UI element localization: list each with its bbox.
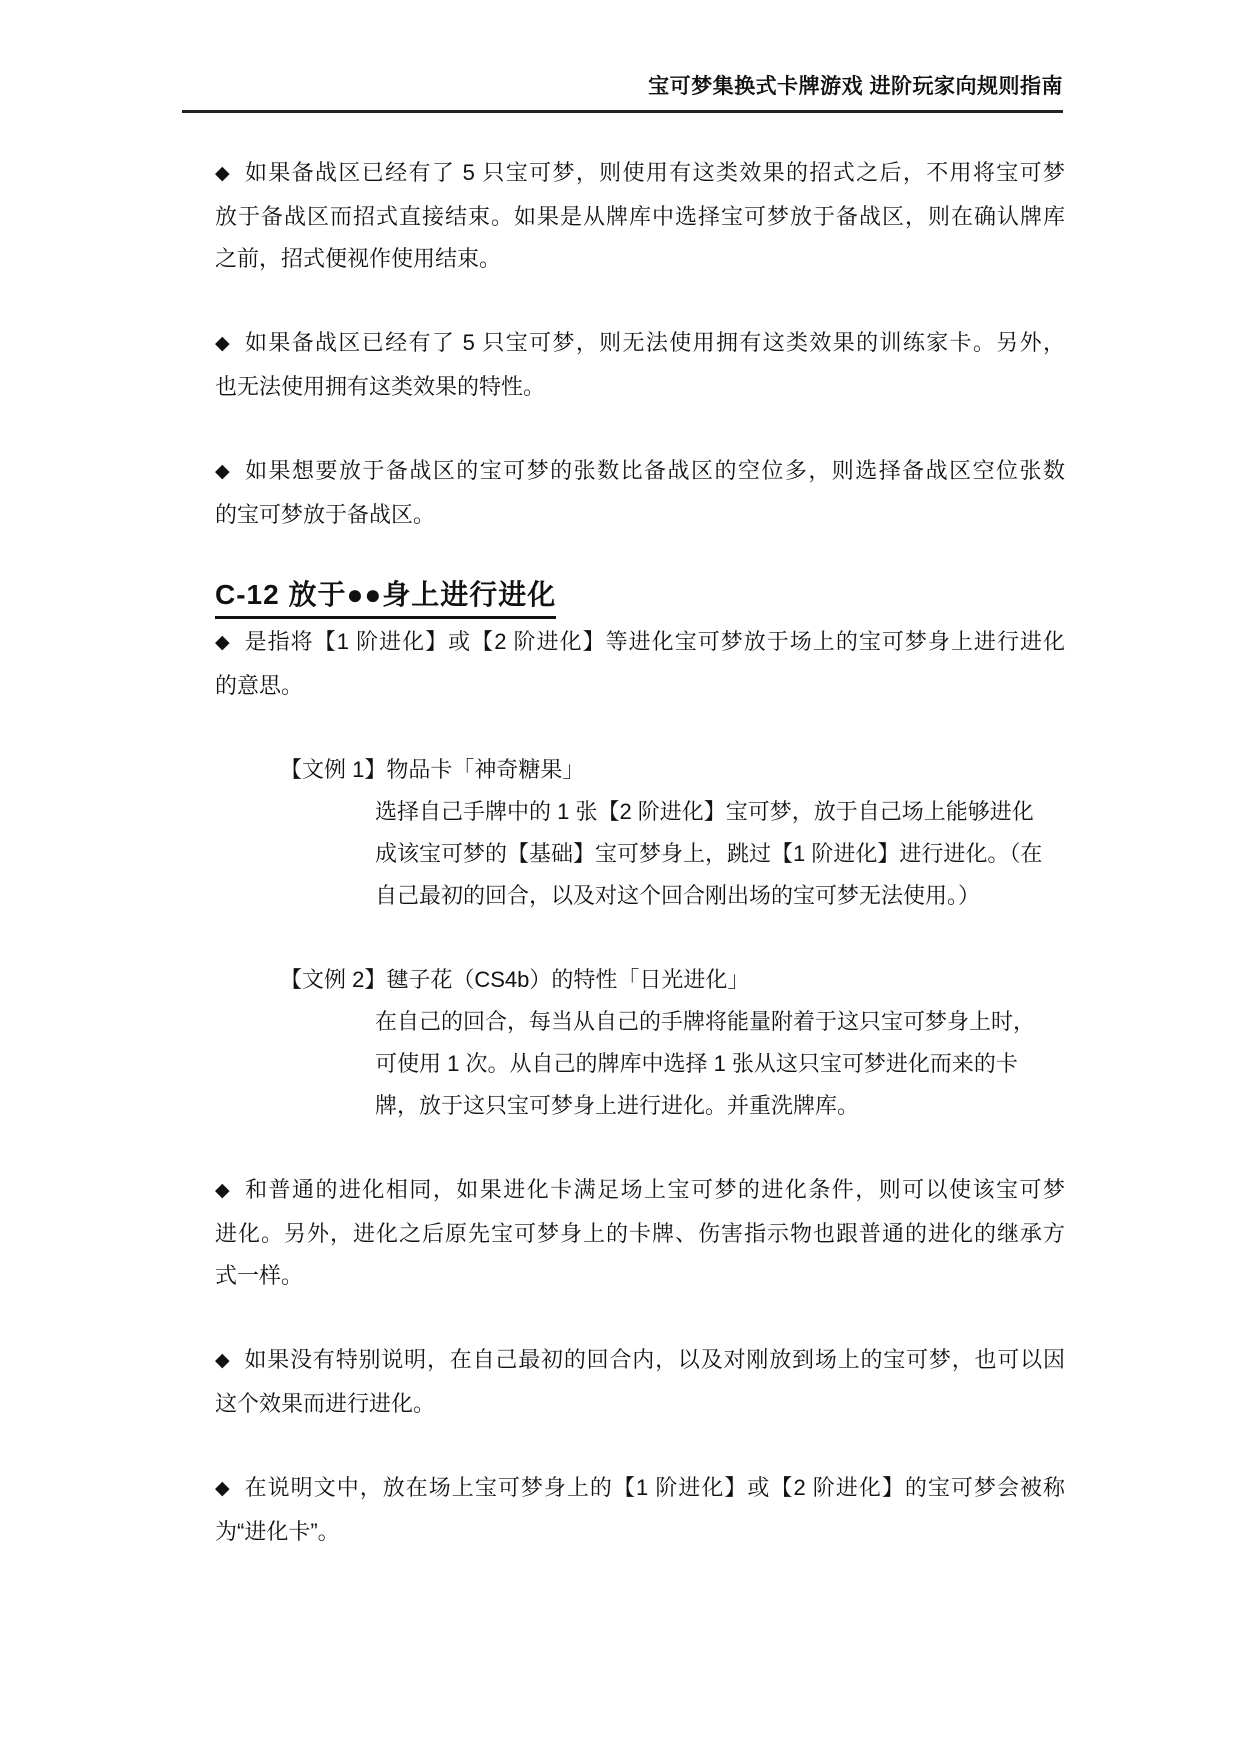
example-line: 自己最初的回合，以及对这个回合刚出场的宝可梦无法使用。） xyxy=(375,875,1065,917)
paragraph-line: 也无法使用拥有这类效果的特性。 xyxy=(215,366,1065,408)
diamond-bullet-icon: ◆ xyxy=(215,333,231,354)
diamond-bullet-icon: ◆ xyxy=(215,1180,231,1201)
paragraph-line: 式一样。 xyxy=(215,1255,1065,1297)
paragraph-line: ◆如果备战区已经有了 5 只宝可梦，则无法使用拥有这类效果的训练家卡。另外， xyxy=(215,322,1065,366)
paragraph-text: 在说明文中，放在场上宝可梦身上的【1 阶进化】或【2 阶进化】的宝可梦会被称 xyxy=(245,1475,1065,1500)
diamond-bullet-icon: ◆ xyxy=(215,632,231,653)
paragraph-line: 之前，招式便视作使用结束。 xyxy=(215,238,1065,280)
bullet-paragraph: ◆如果想要放于备战区的宝可梦的张数比备战区的空位多，则选择备战区空位张数 的宝可… xyxy=(215,450,1065,536)
example-line: 可使用 1 次。从自己的牌库中选择 1 张从这只宝可梦进化而来的卡 xyxy=(375,1043,1065,1085)
diamond-bullet-icon: ◆ xyxy=(215,1478,231,1499)
diamond-bullet-icon: ◆ xyxy=(215,1350,230,1371)
paragraph-line: ◆是指将【1 阶进化】或【2 阶进化】等进化宝可梦放于场上的宝可梦身上进行进化 xyxy=(215,621,1065,665)
bullet-paragraph: ◆和普通的进化相同，如果进化卡满足场上宝可梦的进化条件，则可以使该宝可梦 进化。… xyxy=(215,1169,1065,1297)
diamond-bullet-icon: ◆ xyxy=(215,163,231,184)
bullet-paragraph: ◆如果备战区已经有了 5 只宝可梦，则使用有这类效果的招式之后，不用将宝可梦 放… xyxy=(215,152,1065,280)
example-line: 在自己的回合，每当从自己的手牌将能量附着于这只宝可梦身上时， xyxy=(375,1001,1065,1043)
header-rule xyxy=(182,110,1063,113)
example-body: 选择自己手牌中的 1 张【2 阶进化】宝可梦，放于自己场上能够进化 成该宝可梦的… xyxy=(375,791,1065,917)
bullet-paragraph: ◆是指将【1 阶进化】或【2 阶进化】等进化宝可梦放于场上的宝可梦身上进行进化 … xyxy=(215,621,1065,707)
paragraph-line: 进化。另外，进化之后原先宝可梦身上的卡牌、伤害指示物也跟普通的进化的继承方 xyxy=(215,1213,1065,1255)
example-title: 毽子花（CS4b）的特性「日光进化」 xyxy=(386,967,749,992)
paragraph-line: ◆如果想要放于备战区的宝可梦的张数比备战区的空位多，则选择备战区空位张数 xyxy=(215,450,1065,494)
section-heading: C-12 放于●●身上进行进化 xyxy=(215,578,1065,619)
bullet-paragraph: ◆在说明文中，放在场上宝可梦身上的【1 阶进化】或【2 阶进化】的宝可梦会被称 … xyxy=(215,1467,1065,1553)
paragraph-text: 是指将【1 阶进化】或【2 阶进化】等进化宝可梦放于场上的宝可梦身上进行进化 xyxy=(245,629,1065,654)
paragraph-text: 和普通的进化相同，如果进化卡满足场上宝可梦的进化条件，则可以使该宝可梦 xyxy=(245,1177,1065,1202)
example-line: 选择自己手牌中的 1 张【2 阶进化】宝可梦，放于自己场上能够进化 xyxy=(375,791,1065,833)
example-label: 【文例 1】 xyxy=(280,757,386,782)
paragraph-line: 为“进化卡”。 xyxy=(215,1511,1065,1553)
paragraph-text: 如果备战区已经有了 5 只宝可梦，则使用有这类效果的招式之后，不用将宝可梦 xyxy=(245,160,1065,185)
paragraph-line: ◆如果没有特别说明，在自己最初的回合内，以及对刚放到场上的宝可梦，也可以因 xyxy=(215,1339,1065,1383)
example-body: 在自己的回合，每当从自己的手牌将能量附着于这只宝可梦身上时， 可使用 1 次。从… xyxy=(375,1001,1065,1127)
example-block-2: 【文例 2】毽子花（CS4b）的特性「日光进化」 在自己的回合，每当从自己的手牌… xyxy=(280,959,1065,1127)
page-content: ◆如果备战区已经有了 5 只宝可梦，则使用有这类效果的招式之后，不用将宝可梦 放… xyxy=(215,152,1065,1595)
example-line: 成该宝可梦的【基础】宝可梦身上，跳过【1 阶进化】进行进化。（在 xyxy=(375,833,1065,875)
example-heading: 【文例 2】毽子花（CS4b）的特性「日光进化」 xyxy=(280,959,1065,1001)
paragraph-line: 的意思。 xyxy=(215,665,1065,707)
paragraph-text: 如果备战区已经有了 5 只宝可梦，则无法使用拥有这类效果的训练家卡。另外， xyxy=(245,330,1065,355)
paragraph-line: ◆和普通的进化相同，如果进化卡满足场上宝可梦的进化条件，则可以使该宝可梦 xyxy=(215,1169,1065,1213)
paragraph-line: ◆如果备战区已经有了 5 只宝可梦，则使用有这类效果的招式之后，不用将宝可梦 xyxy=(215,152,1065,196)
paragraph-line: 的宝可梦放于备战区。 xyxy=(215,494,1065,536)
paragraph-text: 如果没有特别说明，在自己最初的回合内，以及对刚放到场上的宝可梦，也可以因 xyxy=(244,1347,1065,1372)
page-header: 宝可梦集换式卡牌游戏 进阶玩家向规则指南 xyxy=(182,74,1063,113)
example-title: 物品卡「神奇糖果」 xyxy=(386,757,584,782)
example-label: 【文例 2】 xyxy=(280,967,386,992)
example-heading: 【文例 1】物品卡「神奇糖果」 xyxy=(280,749,1065,791)
bullet-paragraph: ◆如果没有特别说明，在自己最初的回合内，以及对刚放到场上的宝可梦，也可以因 这个… xyxy=(215,1339,1065,1425)
paragraph-line: 放于备战区而招式直接结束。如果是从牌库中选择宝可梦放于备战区，则在确认牌库 xyxy=(215,196,1065,238)
section-heading-text: C-12 放于●●身上进行进化 xyxy=(215,578,556,619)
paragraph-line: 这个效果而进行进化。 xyxy=(215,1383,1065,1425)
bullet-paragraph: ◆如果备战区已经有了 5 只宝可梦，则无法使用拥有这类效果的训练家卡。另外， 也… xyxy=(215,322,1065,408)
document-page: 宝可梦集换式卡牌游戏 进阶玩家向规则指南 ◆如果备战区已经有了 5 只宝可梦，则… xyxy=(0,0,1241,1755)
paragraph-line: ◆在说明文中，放在场上宝可梦身上的【1 阶进化】或【2 阶进化】的宝可梦会被称 xyxy=(215,1467,1065,1511)
example-block-1: 【文例 1】物品卡「神奇糖果」 选择自己手牌中的 1 张【2 阶进化】宝可梦，放… xyxy=(280,749,1065,917)
paragraph-text: 如果想要放于备战区的宝可梦的张数比备战区的空位多，则选择备战区空位张数 xyxy=(245,458,1065,483)
example-line: 牌，放于这只宝可梦身上进行进化。并重洗牌库。 xyxy=(375,1085,1065,1127)
diamond-bullet-icon: ◆ xyxy=(215,461,231,482)
header-title: 宝可梦集换式卡牌游戏 进阶玩家向规则指南 xyxy=(182,74,1063,100)
